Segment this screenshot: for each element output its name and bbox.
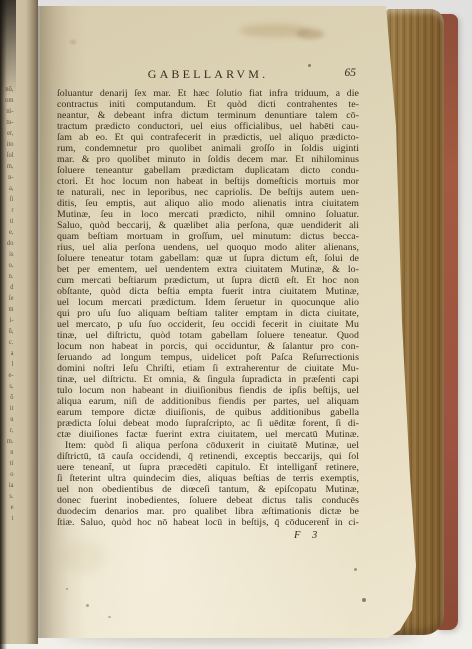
foxing-stain <box>308 64 311 67</box>
foxing-stain <box>108 616 111 618</box>
foxing-stain <box>66 588 68 590</box>
body-line: ctori. Et hoc locum non habeat in beſtij… <box>57 176 359 187</box>
signature-mark: F 3 <box>57 530 359 542</box>
body-line: tractum prædicto conductori, uel eius of… <box>57 121 359 132</box>
foxing-stain <box>354 568 357 571</box>
body-line: rius, uel alia perſona uendens, uel quoq… <box>57 242 359 253</box>
foxing-stain <box>296 29 324 39</box>
foxing-stain <box>86 604 89 607</box>
body-line: Saluo, quòd beccarij, & quælibet alia pe… <box>57 220 359 231</box>
foxing-stain <box>60 540 106 572</box>
body-line: mar. & pro quolibet minuto in ſoldis dec… <box>57 154 359 165</box>
body-line: quam beſtiam mortuam in groſſum, uel min… <box>57 231 359 242</box>
body-line: uel locum mercati prædictum. Idem ſeruet… <box>57 297 359 308</box>
body-line: neantur, & debeant infra dictum terminum… <box>57 110 359 121</box>
body-line: duodecim denarios mar. pro qualibet libr… <box>57 506 359 517</box>
body-line: donec fuerint inobedientes, ſoluere debe… <box>57 495 359 506</box>
foxing-stain <box>120 320 250 480</box>
body-line: ſtiæ. Saluo, quòd hoc nō habeat locū in … <box>57 517 359 528</box>
page-header: GABELLARVM. 65 <box>57 66 359 82</box>
body-line: ſam ab eo. Et qui contrafecerit in prædi… <box>57 132 359 143</box>
body-line: ſoluere teneantur gabellam prædictam dup… <box>57 165 359 176</box>
body-line: cum mercati beſtiarum prædictum, ut ſupr… <box>57 275 359 286</box>
foxing-stain <box>70 40 76 44</box>
body-line: bet per ementem, uel uendentem extra ciu… <box>57 264 359 275</box>
body-line: ditis, ſeu emptis, aut aliquo alio modo … <box>57 198 359 209</box>
page-number: 65 <box>345 67 357 79</box>
body-line: contractus initi computandum. Et quòd di… <box>57 99 359 110</box>
body-line: te naturali, nec in leporibus, nec capri… <box>57 187 359 198</box>
running-header: GABELLARVM. <box>57 66 359 82</box>
book-photo: nō,omni-tu-er,itoſolm,n-a,ſirtie,doiso,n… <box>0 0 472 649</box>
foxing-stain <box>362 598 366 602</box>
body-line: Mutinæ, ſeu in loco mercati prædicto, ni… <box>57 209 359 220</box>
body-line: ſoluantur denarij ſex mar. Et hæc ſoluti… <box>57 88 359 99</box>
body-line: rum, condemnetur pro quolibet animali gr… <box>57 143 359 154</box>
body-line: ſoluere teneatur totam gabellam: quæ ut … <box>57 253 359 264</box>
body-line: obſtante, quòd dicta beſtia empta fuerit… <box>57 286 359 297</box>
body-line: uel non obedientibus de diœceſi tantum, … <box>57 484 359 495</box>
photo-left-edge <box>0 0 7 649</box>
body-line: qui pro uſu ſuo aliquam beſtiam taliter … <box>57 308 359 319</box>
